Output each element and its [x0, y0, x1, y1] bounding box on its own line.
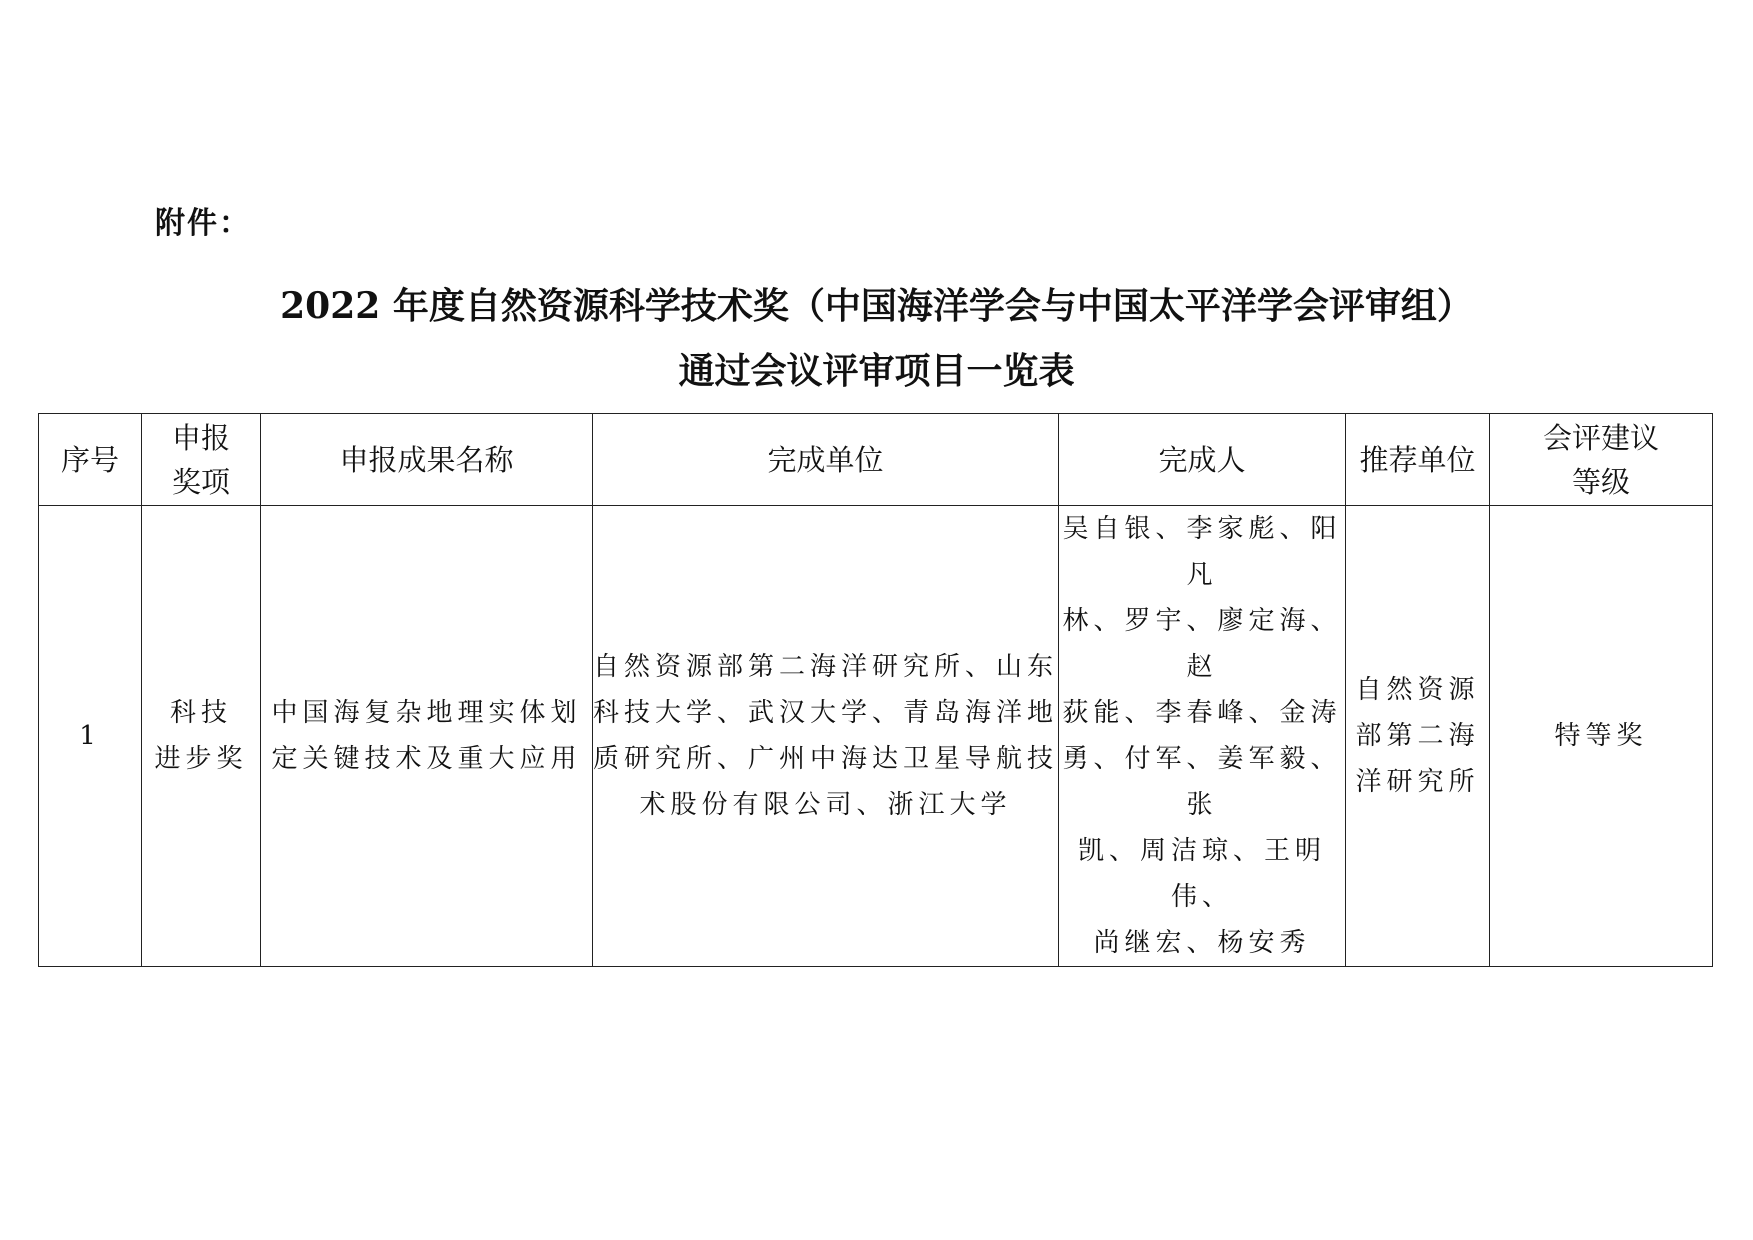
header-award-type: 申报 奖项	[142, 414, 261, 506]
document-subtitle: 通过会议评审项目一览表	[0, 343, 1753, 394]
cell-units: 自然资源部第二海洋研究所、山东 科技大学、武汉大学、青岛海洋地 质研究所、广州中…	[593, 506, 1059, 967]
header-recommender: 推荐单位	[1346, 414, 1490, 506]
cell-award-type: 科技 进步奖	[142, 506, 261, 967]
cell-recommender: 自然资源 部第二海 洋研究所	[1346, 506, 1490, 967]
attachment-label: 附件：	[155, 198, 251, 242]
cell-grade: 特等奖	[1490, 506, 1713, 967]
header-units: 完成单位	[593, 414, 1059, 506]
header-persons: 完成人	[1059, 414, 1346, 506]
table-row: 1 科技 进步奖 中国海复杂地理实体划 定关键技术及重大应用 自然资源部第二海洋…	[39, 506, 1713, 967]
document-title: 2022 年度自然资源科学技术奖（中国海洋学会与中国太平洋学会评审组）	[0, 278, 1753, 329]
cell-project-name: 中国海复杂地理实体划 定关键技术及重大应用	[261, 506, 593, 967]
header-project-name: 申报成果名称	[261, 414, 593, 506]
cell-seq: 1	[39, 506, 142, 967]
header-row: 序号 申报 奖项 申报成果名称 完成单位 完成人 推荐单位 会评建议 等级	[39, 414, 1713, 506]
header-grade: 会评建议 等级	[1490, 414, 1713, 506]
cell-persons: 吴自银、李家彪、阳凡 林、罗宇、廖定海、赵 荻能、李春峰、金涛 勇、付军、姜军毅…	[1059, 506, 1346, 967]
project-table: 序号 申报 奖项 申报成果名称 完成单位 完成人 推荐单位 会评建议 等级	[38, 413, 1713, 967]
header-seq: 序号	[39, 414, 142, 506]
